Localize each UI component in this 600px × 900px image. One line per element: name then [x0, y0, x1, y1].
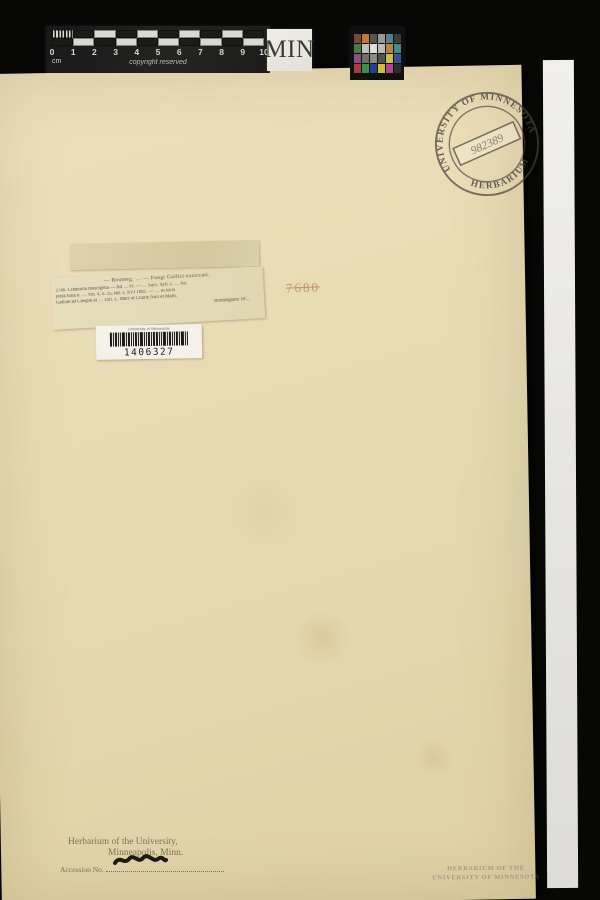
- scale-bar-cell: [73, 38, 94, 46]
- scale-bar-cell: [222, 30, 243, 38]
- institution-code-label: MIN: [264, 36, 314, 64]
- scale-bar-cell: [222, 38, 243, 46]
- scale-bar-cell: [243, 38, 264, 46]
- color-swatch: [354, 44, 361, 53]
- scale-bar-copyright: copyright reserved: [129, 59, 187, 66]
- scale-bar-cell: [200, 38, 221, 46]
- scale-bar-number: 6: [177, 47, 182, 57]
- scale-bar-checker: [52, 30, 264, 46]
- color-swatch: [386, 34, 393, 43]
- color-swatch: [386, 44, 393, 53]
- footer-line1: Herbarium of the University,: [68, 837, 270, 847]
- scale-bar-number: 4: [134, 47, 139, 57]
- scale-bar-cell: [94, 30, 115, 38]
- color-swatch: [386, 54, 393, 63]
- color-swatch: [354, 64, 361, 73]
- color-swatch: [394, 54, 401, 63]
- color-calibration-card: [350, 27, 404, 80]
- scale-bar-number: 7: [198, 47, 203, 57]
- color-swatch: [386, 64, 393, 73]
- adjacent-sheet-edge: [543, 60, 578, 888]
- color-swatch: [370, 34, 377, 43]
- barcode-bars: [109, 331, 188, 346]
- scale-bar-number: 5: [156, 47, 161, 57]
- faint-herbarium-stamp: HERBARIUM OF THE UNIVERSITY OF MINNESOTA: [432, 864, 540, 883]
- color-swatch: [394, 64, 401, 73]
- scale-bar-cell: [73, 30, 94, 38]
- barcode-label: University of Minnesota 1406327: [96, 324, 203, 360]
- color-swatch: [394, 34, 401, 43]
- scale-bar-cell: [158, 38, 179, 46]
- ink-scribble: [112, 852, 168, 868]
- color-checker-grid: [354, 34, 401, 73]
- accession-label: Accession No.: [60, 865, 104, 874]
- scale-bar-cell: [137, 30, 158, 38]
- color-swatch: [362, 44, 369, 53]
- blank-strip-label: [70, 240, 260, 270]
- scale-bar-number: 0: [50, 47, 55, 57]
- scale-bar-cell: [52, 38, 73, 46]
- barcode-number: 1406327: [124, 347, 175, 359]
- scale-bar-number: 2: [92, 47, 97, 57]
- faint-stamp-line2: UNIVERSITY OF MINNESOTA: [432, 873, 540, 883]
- scale-bar-cell: [116, 30, 137, 38]
- color-swatch: [362, 64, 369, 73]
- color-swatch: [362, 54, 369, 63]
- color-swatch: [362, 34, 369, 43]
- scale-bar: 012345678910 cm copyright reserved: [46, 26, 270, 73]
- scale-bar-cell: [94, 38, 115, 46]
- scale-bar-cell: [243, 30, 264, 38]
- color-swatch: [370, 44, 377, 53]
- struck-number: 7680: [286, 279, 321, 296]
- color-swatch: [378, 54, 385, 63]
- barcode-caption: University of Minnesota: [128, 326, 170, 332]
- scale-bar-numbers: 012345678910: [52, 47, 264, 58]
- scale-bar-cell: [158, 30, 179, 38]
- scale-bar-cell: [116, 38, 137, 46]
- color-swatch: [354, 34, 361, 43]
- scale-bar-number: 1: [71, 47, 76, 57]
- scale-bar-unit: cm: [52, 58, 61, 65]
- color-swatch: [378, 34, 385, 43]
- scale-bar-cell: [179, 30, 200, 38]
- scale-bar-number: 3: [113, 47, 118, 57]
- scale-bar-number: 9: [240, 47, 245, 57]
- color-swatch: [370, 64, 377, 73]
- scale-bar-number: 8: [219, 47, 224, 57]
- color-swatch: [370, 54, 377, 63]
- footer-imprint: Herbarium of the University, Minneapolis…: [60, 837, 270, 874]
- color-swatch: [378, 64, 385, 73]
- scale-bar-cell: [52, 30, 73, 38]
- scale-bar-cell: [137, 38, 158, 46]
- institution-code-tag: MIN: [267, 29, 312, 71]
- scale-bar-cell: [200, 30, 221, 38]
- specimen-photo: 012345678910 cm copyright reserved MIN U…: [0, 0, 600, 900]
- scale-bar-cell: [179, 38, 200, 46]
- color-swatch: [378, 44, 385, 53]
- color-swatch: [394, 44, 401, 53]
- color-swatch: [354, 54, 361, 63]
